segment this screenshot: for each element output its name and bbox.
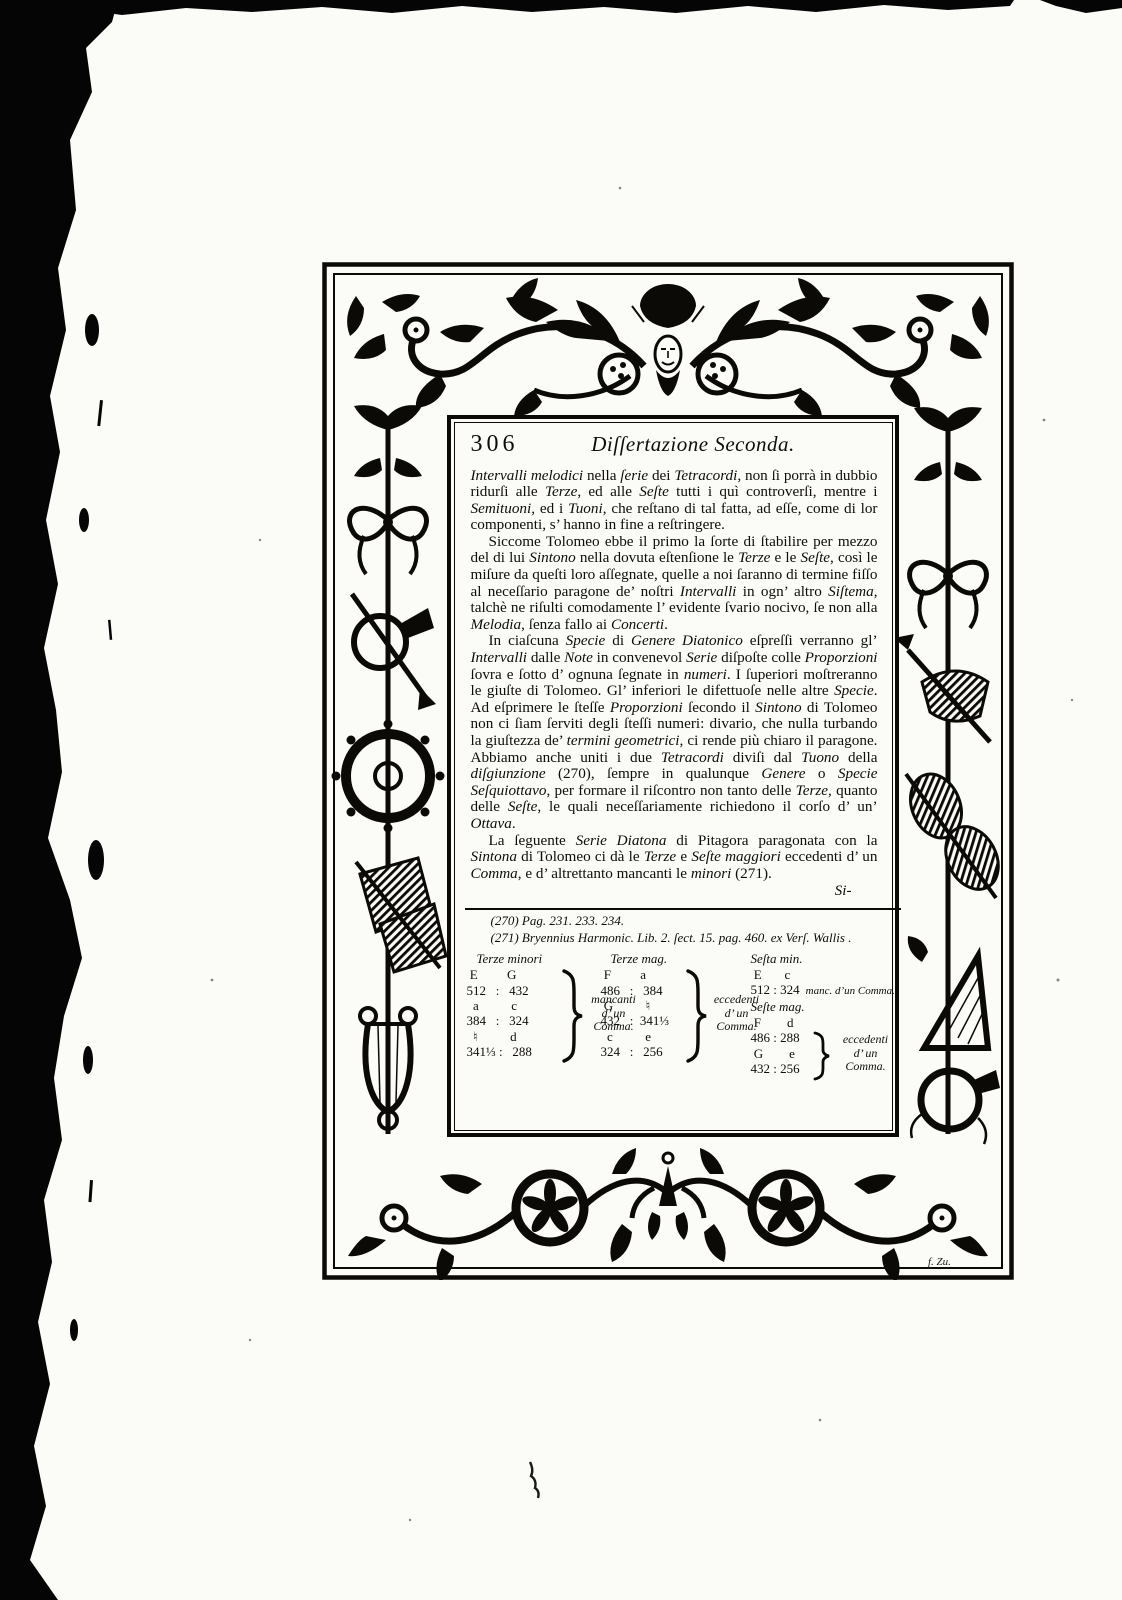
brace-label: eccedenti d’ un Comma. <box>831 1033 901 1074</box>
terze-minori-rows: E G 512 : 432 a c 384 : 324 ♮ d 341⅓ : 2… <box>467 967 532 1059</box>
body-paragraph: In ciaſcuna Specie di Genere Diatonico e… <box>471 633 878 832</box>
bagpipe-fan-icon <box>356 858 446 972</box>
table-row: c e <box>601 1029 670 1044</box>
horn-and-trumpet-icon <box>352 594 436 710</box>
ratio-table: Terze minori E G 512 : 432 a c 384 : 324… <box>465 951 901 1079</box>
table-row: 384 : 324 <box>467 1013 532 1028</box>
engraver-mark: f. Zu. <box>928 1256 951 1268</box>
brace-icon <box>561 969 583 1063</box>
column-header-terze-minori: Terze minori <box>477 951 543 966</box>
table-row: 512 : 324manc. d’un Comma. <box>751 982 895 999</box>
table-row: a c <box>467 998 532 1013</box>
column-header-sesta-min: Seſta min. <box>751 951 895 966</box>
body-paragraph: Siccome Tolomeo ebbe il primo la ſorte d… <box>471 534 878 634</box>
body-paragraph: Intervalli melodici nella ſerie dei Tetr… <box>471 468 878 534</box>
ornament-right-trophy <box>894 407 1009 1144</box>
table-row: E c <box>751 967 895 982</box>
comma-note: manc. d’un Comma. <box>806 985 895 997</box>
table-row: 432 : 341⅓ <box>601 1013 670 1028</box>
brace-icon <box>685 969 707 1063</box>
palmette-icon <box>632 1153 704 1240</box>
ornament-top-band <box>347 278 989 416</box>
castanet-shells-icon <box>901 766 1008 898</box>
scan-top-edge <box>52 0 1014 15</box>
table-row: 341⅓ : 288 <box>467 1044 532 1059</box>
scan-left-edge <box>0 0 118 1600</box>
scan-top-right-edge <box>1040 0 1122 13</box>
mask-icon <box>632 284 704 396</box>
text-box-inner: 306 Diſſertazione Seconda. Intervalli me… <box>454 422 893 1131</box>
footnote: (271) Bryennius Harmonic. Lib. 2. ſect. … <box>471 930 878 946</box>
table-row: ♮ d <box>467 1029 532 1044</box>
table-row: 486 : 384 <box>601 983 670 998</box>
ornament-bottom-band <box>348 1148 988 1280</box>
footnotes: (270) Pag. 231. 233. 234. (271) Bryenniu… <box>471 913 878 946</box>
running-header: 306 Diſſertazione Seconda. <box>471 431 878 463</box>
column-header-seste-mag: Seſte mag. <box>751 999 895 1014</box>
hunting-horn-icon <box>911 1070 1000 1144</box>
table-row: 324 : 256 <box>601 1044 670 1059</box>
footnote: (270) Pag. 231. 233. 234. <box>471 913 878 929</box>
table-row: E G <box>467 967 532 982</box>
brace-icon <box>813 1031 830 1081</box>
ornament-left-trophy <box>332 405 447 1134</box>
trumpet-and-drum-icon <box>894 634 990 742</box>
footnote-rule <box>465 908 901 910</box>
table-row: F d <box>751 1015 895 1030</box>
book-page-scan: f. Zu. 306 Diſſertazione Seconda. Interv… <box>0 0 1122 1600</box>
lyre-icon <box>360 1008 416 1129</box>
column-header-terze-mag: Terze mag. <box>611 951 668 966</box>
page-title: Diſſertazione Seconda. <box>557 432 830 457</box>
table-row: G ♮ <box>601 998 670 1013</box>
body-paragraph: La ſeguente Serie Diatona di Pitagora pa… <box>471 833 878 883</box>
table-row: F a <box>601 967 670 982</box>
page-number: 306 <box>471 431 557 458</box>
stray-ink-mark <box>530 1462 539 1498</box>
body-text: Intervalli melodici nella ſerie dei Tetr… <box>471 468 878 883</box>
table-row: 512 : 432 <box>467 983 532 998</box>
catchword: Si- <box>471 882 878 899</box>
terze-mag-rows: F a 486 : 384 G ♮ 432 : 341⅓ c e 324 : 2… <box>601 967 670 1059</box>
text-box: 306 Diſſertazione Seconda. Intervalli me… <box>447 415 899 1137</box>
